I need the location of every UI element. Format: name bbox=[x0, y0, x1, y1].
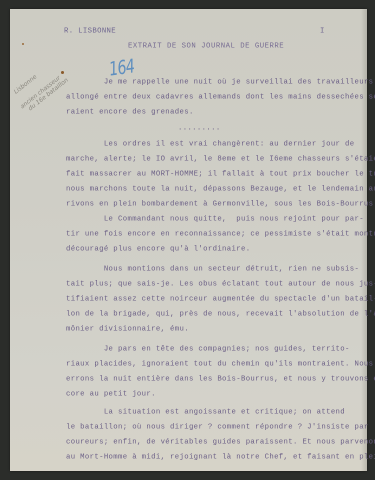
text-line: découragé plus encore qu'à l'ordinaire. bbox=[66, 246, 250, 255]
text-line: rivons en plein bombardement à Germonvil… bbox=[66, 201, 375, 210]
text-line: Nous montions dans un secteur détruit, r… bbox=[66, 266, 359, 275]
text-line: core au petit jour. bbox=[66, 391, 156, 400]
text-line: La situation est angoissante et critique… bbox=[66, 409, 345, 418]
text-line: riaux placides, ignoraient tout du chemi… bbox=[66, 361, 373, 370]
text-line: marche, alerte; le IO avril, le 8eme et … bbox=[66, 156, 375, 165]
handwritten-folio-number: 164 bbox=[108, 55, 136, 80]
separator-dots: ......... bbox=[178, 125, 221, 134]
paper-stain bbox=[61, 71, 64, 74]
text-line: Les ordres il est vrai changèrent: au de… bbox=[66, 141, 354, 150]
text-line: mônier divisionnaire, ému. bbox=[66, 326, 189, 335]
page-number: I bbox=[320, 28, 325, 37]
text-line: Je pars en tête des compagnies; nos guid… bbox=[66, 346, 350, 355]
text-line: au Mort-Homme à midi, rejoignant là notr… bbox=[66, 454, 375, 463]
text-line: errons la nuit entière dans les Bois-Bou… bbox=[66, 376, 375, 385]
text-line: tifiaient assez cette noirceur augmentée… bbox=[66, 296, 375, 305]
text-line: Je me rappelle une nuit où je surveillai… bbox=[66, 79, 373, 88]
text-line: le bataillon; où nous diriger ? comment … bbox=[66, 424, 369, 433]
text-line: coureurs; enfin, de véritables guides pa… bbox=[66, 439, 375, 448]
paper-stain bbox=[22, 43, 24, 45]
document-title: EXTRAIT DE SON JOURNAL DE GUERRE bbox=[128, 43, 284, 52]
text-line: nous marchons toute la nuit, dépassons B… bbox=[66, 186, 375, 195]
text-line: Le Commandant nous quitte, puis nous rej… bbox=[66, 216, 364, 225]
document-page: Lisbonne ancien chasseur du 16e bataillo… bbox=[10, 9, 367, 471]
text-line: tait plus; que sais-je. Les obus éclatan… bbox=[66, 281, 375, 290]
text-line: fait massacrer au MORT-HOMME; il fallait… bbox=[66, 171, 375, 180]
author-header: R. LISBONNE bbox=[64, 28, 116, 37]
text-line: lon de la brigade, qui, près de nous, re… bbox=[66, 311, 375, 320]
text-line: raient encore des grenades. bbox=[66, 109, 194, 118]
text-line: tir une fois encore en reconnaissance; c… bbox=[66, 231, 375, 240]
text-line: allongé entre deux cadavres allemands do… bbox=[66, 94, 375, 103]
